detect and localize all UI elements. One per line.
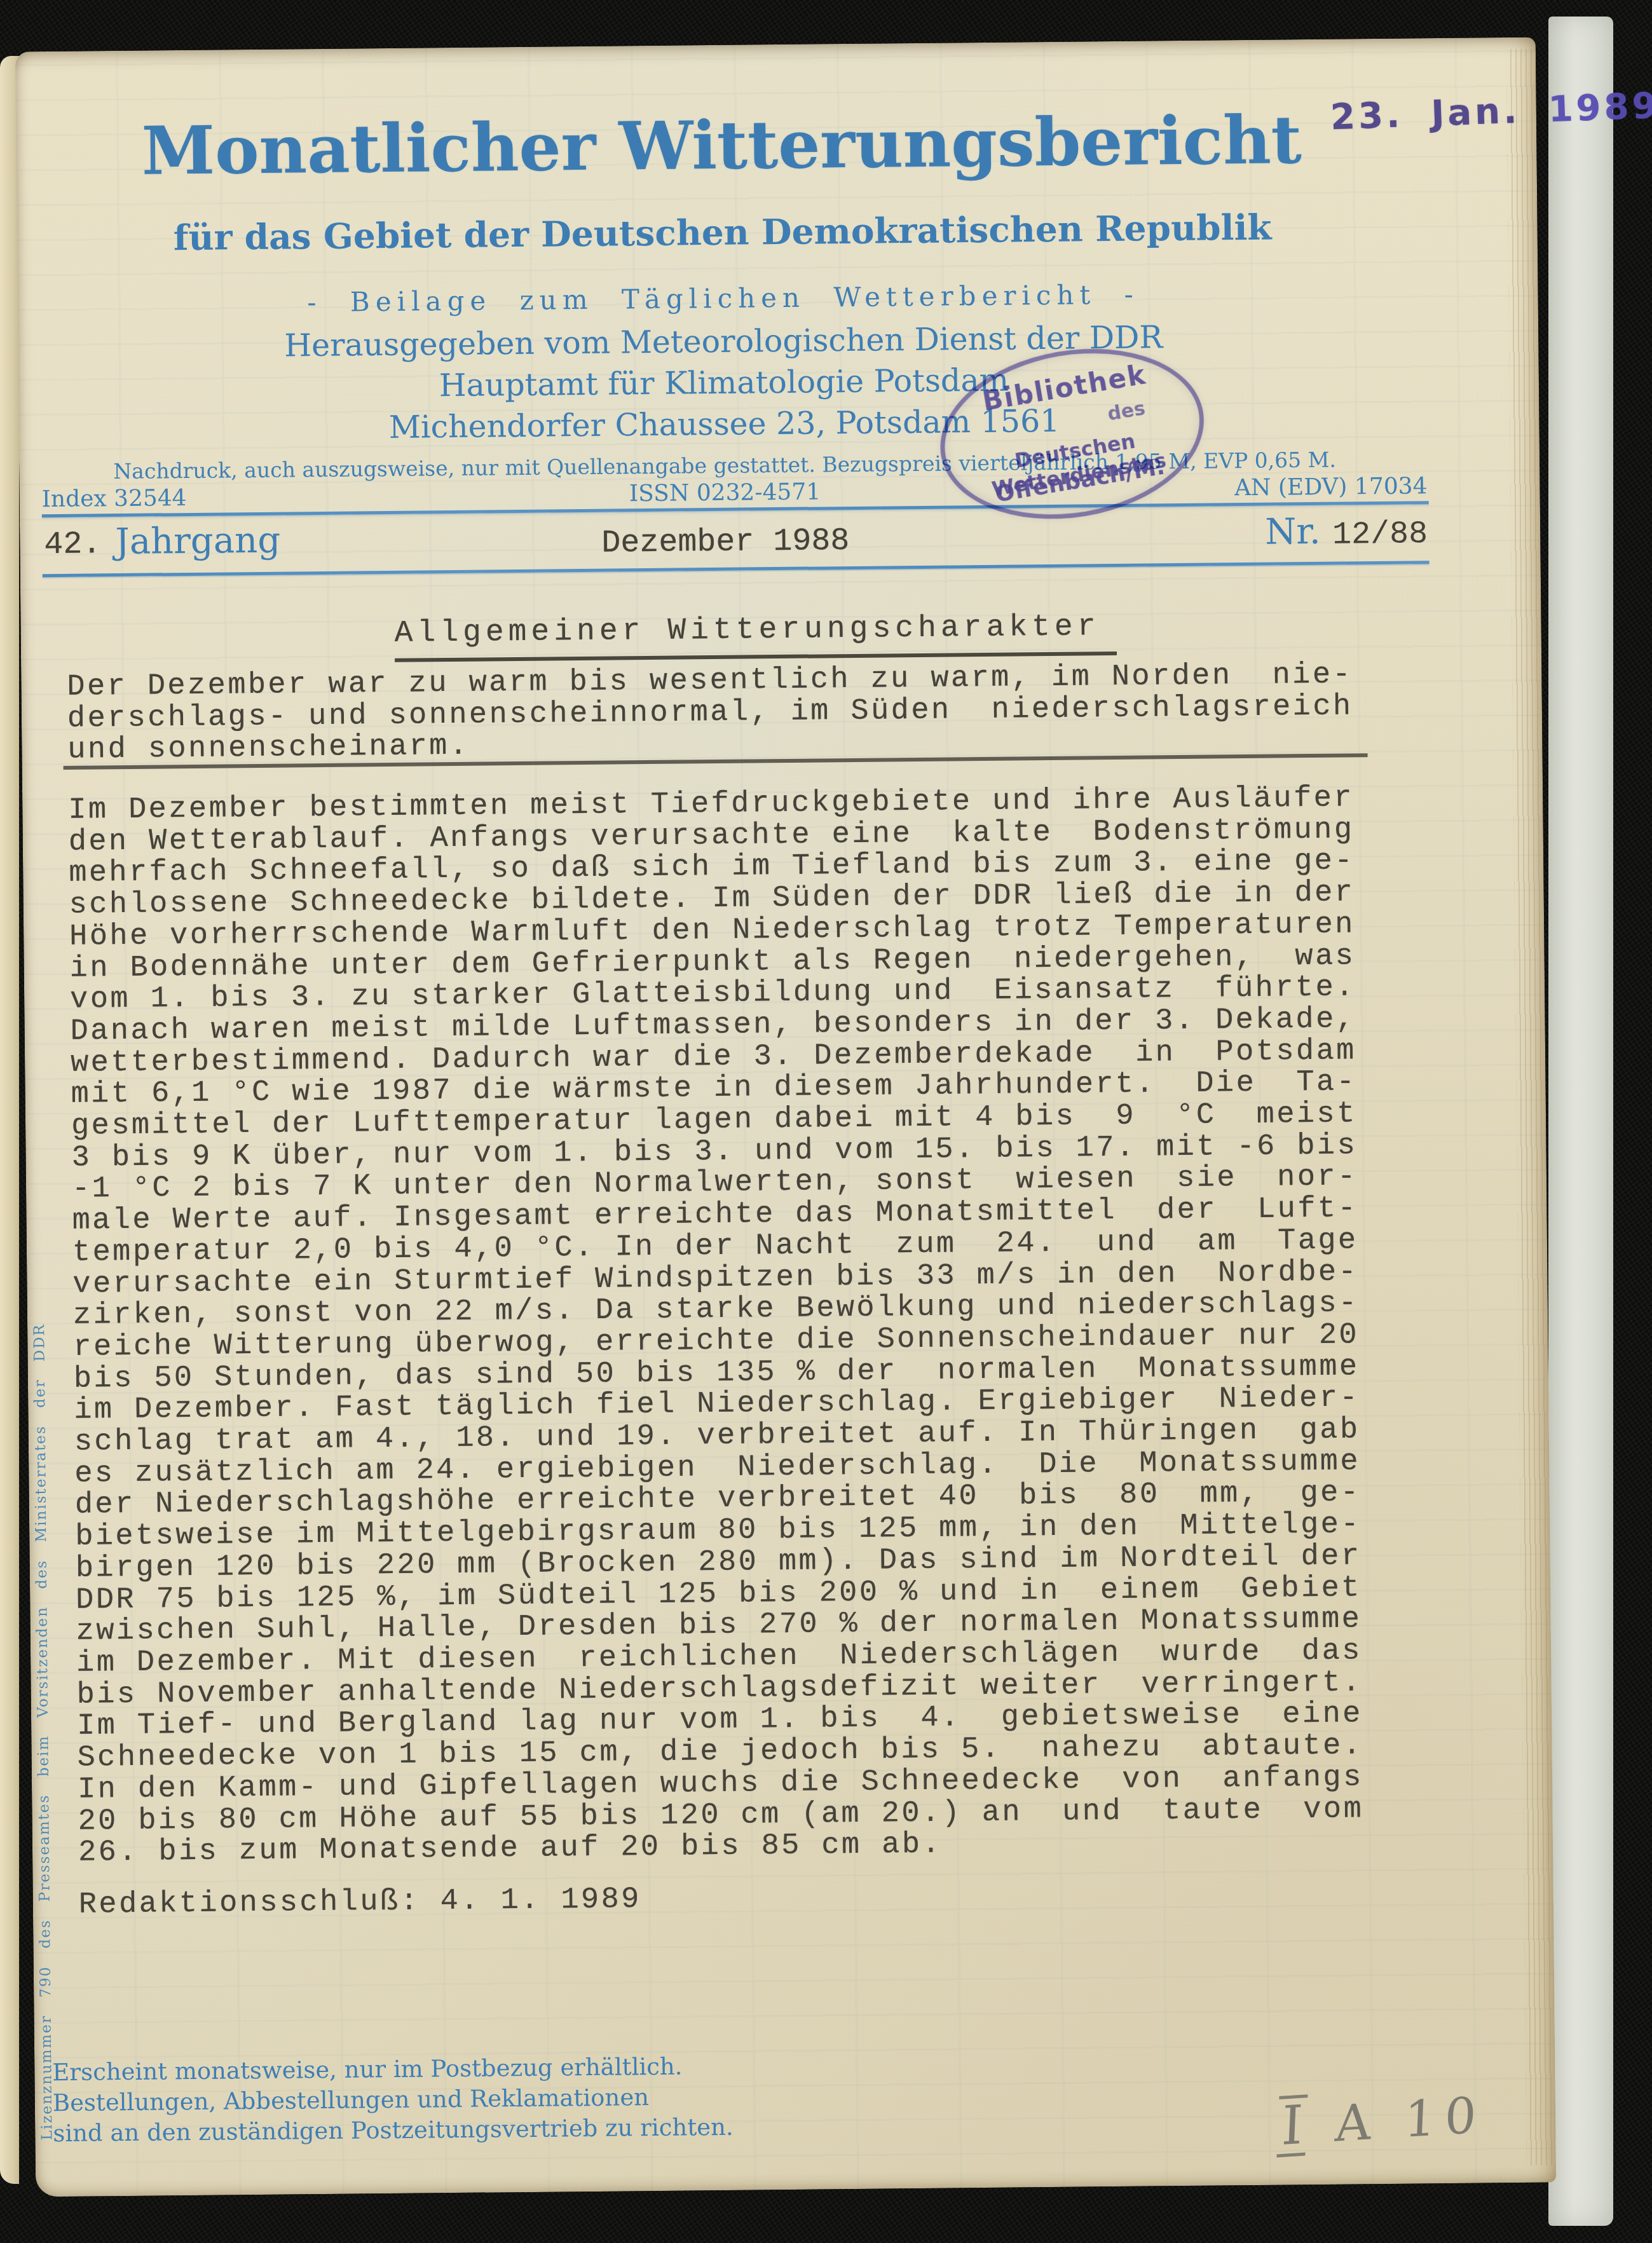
underlying-page-edge xyxy=(1548,17,1613,2226)
article-lead-paragraph: Der Dezember war zu warm bis wesentlich … xyxy=(67,659,1353,766)
shelf-mark-roman-numeral: I xyxy=(1276,2094,1307,2157)
imprint-line-3: sind an den zuständigen Postzeitungsvert… xyxy=(53,2112,734,2149)
subscription-imprint: Erscheint monatsweise, nur im Postbezug … xyxy=(52,2051,734,2149)
scanned-page: 23. Jan. 1989 Monatlicher Witterungsberi… xyxy=(15,37,1556,2197)
issue-number-group: Nr. 12/88 xyxy=(1265,510,1428,554)
handwritten-shelf-mark: I A 10 xyxy=(1276,2083,1486,2158)
supplement-line: - Beilage zum Täglichen Wetterbericht - xyxy=(17,276,1428,320)
shelf-mark-code: A 10 xyxy=(1334,2087,1487,2153)
article-heading: Allgemeiner Witterungscharakter xyxy=(394,610,1117,662)
library-oval-stamp: Bibliothek des Deutschen Wetterdienstes … xyxy=(927,330,1217,538)
publisher-line-1: Herausgegeben vom Meteorologischen Diens… xyxy=(18,317,1429,366)
editorial-deadline: Redaktionsschluß: 4. 1. 1989 xyxy=(79,1883,641,1921)
license-number-vertical: Lizenznummer 790 des Presseamtes beim Vo… xyxy=(29,1060,55,2140)
an-edv-number: AN (EDV) 17034 xyxy=(1234,473,1428,501)
issue-number-label: Nr. xyxy=(1265,511,1321,553)
page-title: Monatlicher Witterungsbericht xyxy=(16,99,1428,191)
page-subtitle: für das Gebiet der Deutschen Demokratisc… xyxy=(17,205,1428,259)
article-body-paragraph: Im Dezember bestimmten meist Tiefdruckge… xyxy=(68,782,1364,1869)
facing-page-sliver xyxy=(0,56,19,2184)
issue-number-value: 12/88 xyxy=(1332,516,1428,553)
